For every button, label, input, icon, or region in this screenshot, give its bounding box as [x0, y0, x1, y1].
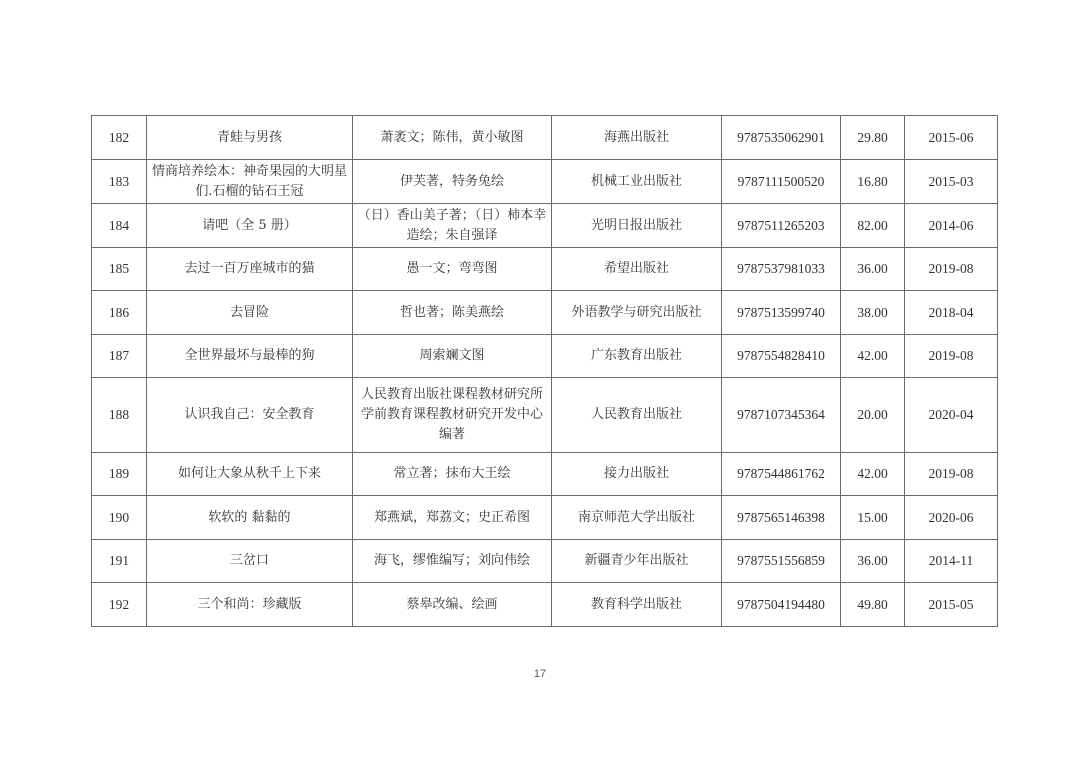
book-isbn: 9787537981033 — [722, 248, 841, 291]
book-pub-date: 2014-11 — [905, 540, 998, 583]
book-price: 38.00 — [841, 291, 905, 335]
book-author: 蔡皋改编、绘画 — [353, 583, 552, 627]
book-author: 常立著；抹布大王绘 — [353, 453, 552, 496]
book-title: 三个和尚：珍藏版 — [147, 583, 353, 627]
book-author: 郑燕斌，郑荔文；史正希图 — [353, 496, 552, 540]
book-publisher: 接力出版社 — [552, 453, 722, 496]
book-isbn: 9787513599740 — [722, 291, 841, 335]
book-publisher: 光明日报出版社 — [552, 204, 722, 248]
book-author: 周索斓文图 — [353, 335, 552, 378]
book-pub-date: 2020-04 — [905, 378, 998, 453]
book-title: 去冒险 — [147, 291, 353, 335]
table-row: 191 三岔口 海飞，缪惟编写；刘向伟绘 新疆青少年出版社 9787551556… — [92, 540, 998, 583]
book-title: 软软的 黏黏的 — [147, 496, 353, 540]
book-isbn: 9787551556859 — [722, 540, 841, 583]
book-price: 15.00 — [841, 496, 905, 540]
row-number: 186 — [92, 291, 147, 335]
book-author: 海飞，缪惟编写；刘向伟绘 — [353, 540, 552, 583]
book-isbn: 9787504194480 — [722, 583, 841, 627]
table-row: 189 如何让大象从秋千上下来 常立著；抹布大王绘 接力出版社 97875448… — [92, 453, 998, 496]
book-publisher: 南京师范大学出版社 — [552, 496, 722, 540]
book-pub-date: 2019-08 — [905, 248, 998, 291]
table-row: 192 三个和尚：珍藏版 蔡皋改编、绘画 教育科学出版社 97875041944… — [92, 583, 998, 627]
table-row: 185 去过一百万座城市的猫 愚一文；弯弯图 希望出版社 97875379810… — [92, 248, 998, 291]
row-number: 191 — [92, 540, 147, 583]
book-price: 36.00 — [841, 248, 905, 291]
book-title: 青蛙与男孩 — [147, 116, 353, 160]
book-author: 人民教育出版社课程教材研究所学前教育课程教材研究开发中心编著 — [353, 378, 552, 453]
book-pub-date: 2019-08 — [905, 453, 998, 496]
book-title: 如何让大象从秋千上下来 — [147, 453, 353, 496]
book-publisher: 广东教育出版社 — [552, 335, 722, 378]
book-author: 愚一文；弯弯图 — [353, 248, 552, 291]
book-publisher: 希望出版社 — [552, 248, 722, 291]
book-pub-date: 2015-06 — [905, 116, 998, 160]
book-price: 82.00 — [841, 204, 905, 248]
row-number: 187 — [92, 335, 147, 378]
book-isbn: 9787554828410 — [722, 335, 841, 378]
row-number: 184 — [92, 204, 147, 248]
table-row: 182 青蛙与男孩 萧袤文；陈伟，黄小敏图 海燕出版社 978753506290… — [92, 116, 998, 160]
book-author: 伊芙著，特务兔绘 — [353, 160, 552, 204]
table-row: 188 认识我自己：安全教育 人民教育出版社课程教材研究所学前教育课程教材研究开… — [92, 378, 998, 453]
row-number: 183 — [92, 160, 147, 204]
page-number: 17 — [0, 668, 1080, 680]
book-price: 49.80 — [841, 583, 905, 627]
book-title: 去过一百万座城市的猫 — [147, 248, 353, 291]
book-publisher: 机械工业出版社 — [552, 160, 722, 204]
book-isbn: 9787565146398 — [722, 496, 841, 540]
book-author: 哲也著；陈美燕绘 — [353, 291, 552, 335]
book-publisher: 人民教育出版社 — [552, 378, 722, 453]
book-pub-date: 2020-06 — [905, 496, 998, 540]
book-isbn: 9787107345364 — [722, 378, 841, 453]
table-row: 186 去冒险 哲也著；陈美燕绘 外语教学与研究出版社 978751359974… — [92, 291, 998, 335]
row-number: 188 — [92, 378, 147, 453]
row-number: 192 — [92, 583, 147, 627]
book-price: 20.00 — [841, 378, 905, 453]
book-isbn: 9787544861762 — [722, 453, 841, 496]
row-number: 190 — [92, 496, 147, 540]
book-title: 认识我自己：安全教育 — [147, 378, 353, 453]
book-pub-date: 2014-06 — [905, 204, 998, 248]
book-price: 42.00 — [841, 335, 905, 378]
book-author: （日）香山美子著；（日）柿本幸造绘；朱自强译 — [353, 204, 552, 248]
book-isbn: 9787111500520 — [722, 160, 841, 204]
book-title: 情商培养绘本：神奇果园的大明星们.石榴的钻石王冠 — [147, 160, 353, 204]
book-price: 16.80 — [841, 160, 905, 204]
book-isbn: 9787511265203 — [722, 204, 841, 248]
book-price: 29.80 — [841, 116, 905, 160]
row-number: 185 — [92, 248, 147, 291]
book-isbn: 9787535062901 — [722, 116, 841, 160]
book-author: 萧袤文；陈伟，黄小敏图 — [353, 116, 552, 160]
table-row: 183 情商培养绘本：神奇果园的大明星们.石榴的钻石王冠 伊芙著，特务兔绘 机械… — [92, 160, 998, 204]
book-title: 全世界最坏与最棒的狗 — [147, 335, 353, 378]
book-pub-date: 2019-08 — [905, 335, 998, 378]
book-publisher: 新疆青少年出版社 — [552, 540, 722, 583]
book-title: 三岔口 — [147, 540, 353, 583]
book-pub-date: 2015-05 — [905, 583, 998, 627]
table-row: 190 软软的 黏黏的 郑燕斌，郑荔文；史正希图 南京师范大学出版社 97875… — [92, 496, 998, 540]
row-number: 182 — [92, 116, 147, 160]
book-list-table: 182 青蛙与男孩 萧袤文；陈伟，黄小敏图 海燕出版社 978753506290… — [91, 115, 998, 627]
table-row: 187 全世界最坏与最棒的狗 周索斓文图 广东教育出版社 97875548284… — [92, 335, 998, 378]
book-publisher: 海燕出版社 — [552, 116, 722, 160]
book-price: 36.00 — [841, 540, 905, 583]
book-publisher: 教育科学出版社 — [552, 583, 722, 627]
book-pub-date: 2015-03 — [905, 160, 998, 204]
book-title: 请吧（全 5 册） — [147, 204, 353, 248]
row-number: 189 — [92, 453, 147, 496]
table-row: 184 请吧（全 5 册） （日）香山美子著；（日）柿本幸造绘；朱自强译 光明日… — [92, 204, 998, 248]
book-price: 42.00 — [841, 453, 905, 496]
book-pub-date: 2018-04 — [905, 291, 998, 335]
book-publisher: 外语教学与研究出版社 — [552, 291, 722, 335]
